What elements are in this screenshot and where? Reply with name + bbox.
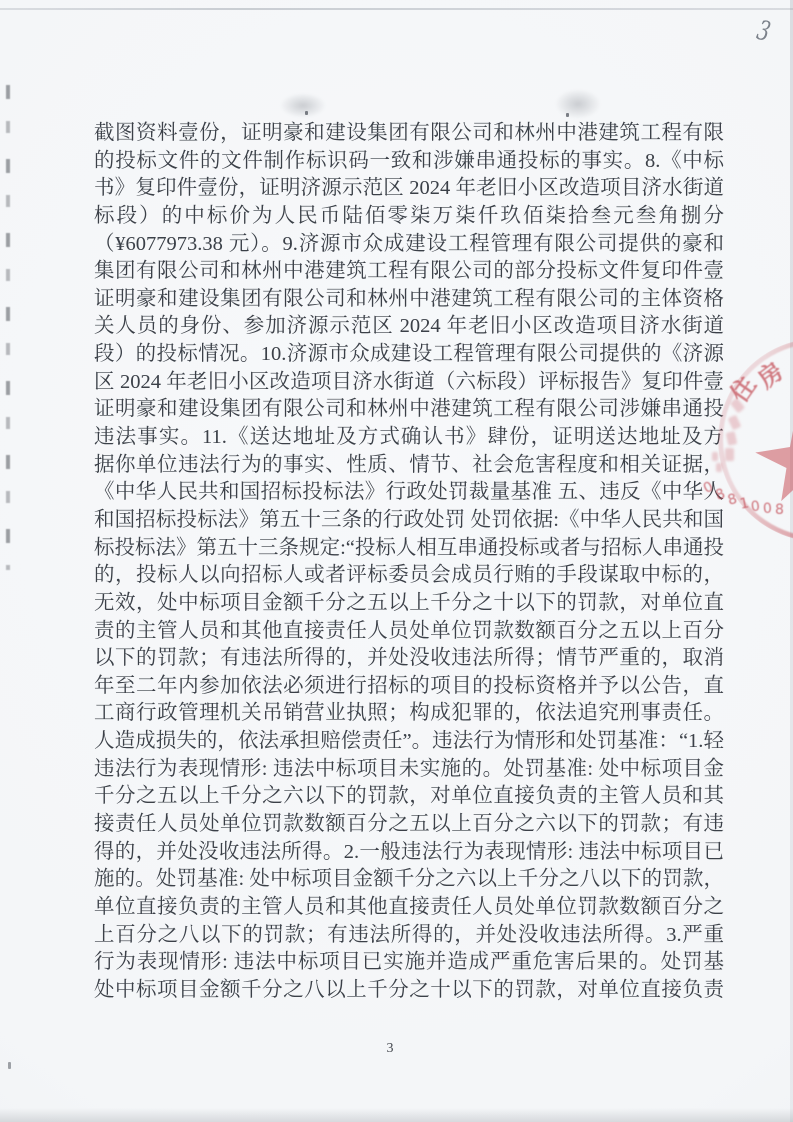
scan-top-edge-line [0,8,793,10]
text-line: 施的。处罚基准: 处中标项目金额千分之六以上千分之八以下的罚款，对 [94,866,724,894]
text-line: 年至二年内参加依法必须进行招标的项目的投标资格并予以公告，直至由 [94,673,724,701]
text-line: 责的主管人员和其他直接责任人员处单位罚款数额百分之五以上百分之十 [94,618,724,646]
text-line: 违法事实。11.《送达地址及方式确认书》肆份，证明送达地址及方式。根 [94,424,724,452]
text-line: 处中标项目金额千分之八以上千分之十以下的罚款，对单位直接负责的主 [94,977,724,1005]
text-line: 书》复印件壹份，证明济源示范区 2024 年老旧小区改造项目济水街道（六 [94,175,724,203]
seal-star-icon [748,406,793,513]
text-line: 的，投标人以向招标人或者评标委员会成员行贿的手段谋取中标的，中标 [94,562,724,590]
text-line: 集团有限公司和林州中港建筑工程有限公司的部分投标文件复印件壹份， [94,258,724,286]
footer-page-number: 3 [0,1041,780,1057]
seal-serial-digit: 8 [726,492,738,508]
seal-faint-mark [725,448,734,461]
seal-arc-character: 住 [727,373,760,406]
scanned-document-page: 3 截图资料壹份，证明豪和建设集团有限公司和林州中港建筑工程有限公司 的投标文件… [0,0,793,1122]
text-line: 标投标法》第五十三条规定:“投标人相互串通投标或者与招标人串通投标 [94,535,724,563]
text-line: 关人员的身份、参加济源示范区 2024 年老旧小区改造项目济水街道（六标 [94,313,724,341]
text-line: 行为表现情形: 违法中标项目已实施并造成严重危害后果的。处罚基准: [94,949,724,977]
text-line: 标段）的中标价为人民币陆佰零柒万柒仟玖佰柒拾叁元叁角捌分 [94,203,724,231]
text-line: 据你单位违法行为的事实、性质、情节、社会危害程度和相关证据，参照 [94,452,724,480]
seal-serial-digit: 8 [775,503,784,517]
text-line: 工商行政管理机关吊销营业执照；构成犯罪的，依法追究刑事责任。给他 [94,700,724,728]
seal-faint-mark [730,398,745,414]
seal-ring [718,338,793,542]
text-line: 人造成损失的，依法承担赔偿责任”。违法行为情形和处罚基准：“1.轻微 [94,728,724,756]
seal-faint-mark [728,415,742,431]
text-line: 千分之五以上千分之六以下的罚款，对单位直接负责的主管人员和其他直 [94,783,724,811]
handwritten-page-number: 3 [754,17,773,46]
document-body: 截图资料壹份，证明豪和建设集团有限公司和林州中港建筑工程有限公司 的投标文件的文… [94,120,724,1005]
seal-serial-digit: 1 [739,496,750,511]
text-line: 和国招标投标法》第五十三条的行政处罚 处罚依据:《中华人民共和国招 [94,507,724,535]
scan-smudge [280,93,326,118]
text-line: 以下的罚款；有违法所得的，并处没收违法所得；情节严重的，取消其一 [94,645,724,673]
scan-smudge [555,89,601,119]
text-line: 得的，并处没收违法所得。2.一般违法行为表现情形: 违法中标项目已实 [94,839,724,867]
seal-serial-digit: 0 [750,500,761,515]
text-line: （¥6077973.38 元）。9.济源市众成建设工程管理有限公司提供的豪和建设 [94,231,724,259]
text-line: 区 2024 年老旧小区改造项目济水街道（六标段）评标报告》复印件壹份， [94,369,724,397]
text-line: 无效，处中标项目金额千分之五以上千分之十以下的罚款，对单位直接负 [94,590,724,618]
text-line: 证明豪和建设集团有限公司和林州中港建筑工程有限公司的主体资格及相 [94,286,724,314]
text-line: 截图资料壹份，证明豪和建设集团有限公司和林州中港建筑工程有限公司 [94,120,724,148]
text-line: 违法行为表现情形: 违法中标项目未实施的。处罚基准: 处中标项目金额 [94,756,724,784]
scan-speck [305,111,308,115]
scan-bottom-shadow [0,1108,793,1122]
text-line: 单位直接负责的主管人员和其他直接责任人员处单位罚款数额百分之六以 [94,894,724,922]
scan-left-edge-streak [6,85,10,570]
scan-speck [8,1062,11,1069]
text-line: 上百分之八以下的罚款；有违法所得的，并处没收违法所得。3.严重违法 [94,922,724,950]
seal-faint-mark [726,431,738,446]
scan-speck [566,113,569,117]
text-line: 证明豪和建设集团有限公司和林州中港建筑工程有限公司涉嫌串通投标的 [94,396,724,424]
text-line: 接责任人员处单位罚款数额百分之五以上百分之六以下的罚款；有违法所 [94,811,724,839]
text-line: 段）的投标情况。10.济源市众成建设工程管理有限公司提供的《济源示范 [94,341,724,369]
seal-serial-digit: 0 [763,502,773,516]
text-line: 的投标文件的文件制作标识码一致和涉嫌串通投标的事实。8.《中标通知 [94,148,724,176]
text-line: 《中华人民共和国招标投标法》行政处罚裁量基准 五、违反《中华人民共 [94,479,724,507]
seal-arc-character: 房 [754,359,788,393]
